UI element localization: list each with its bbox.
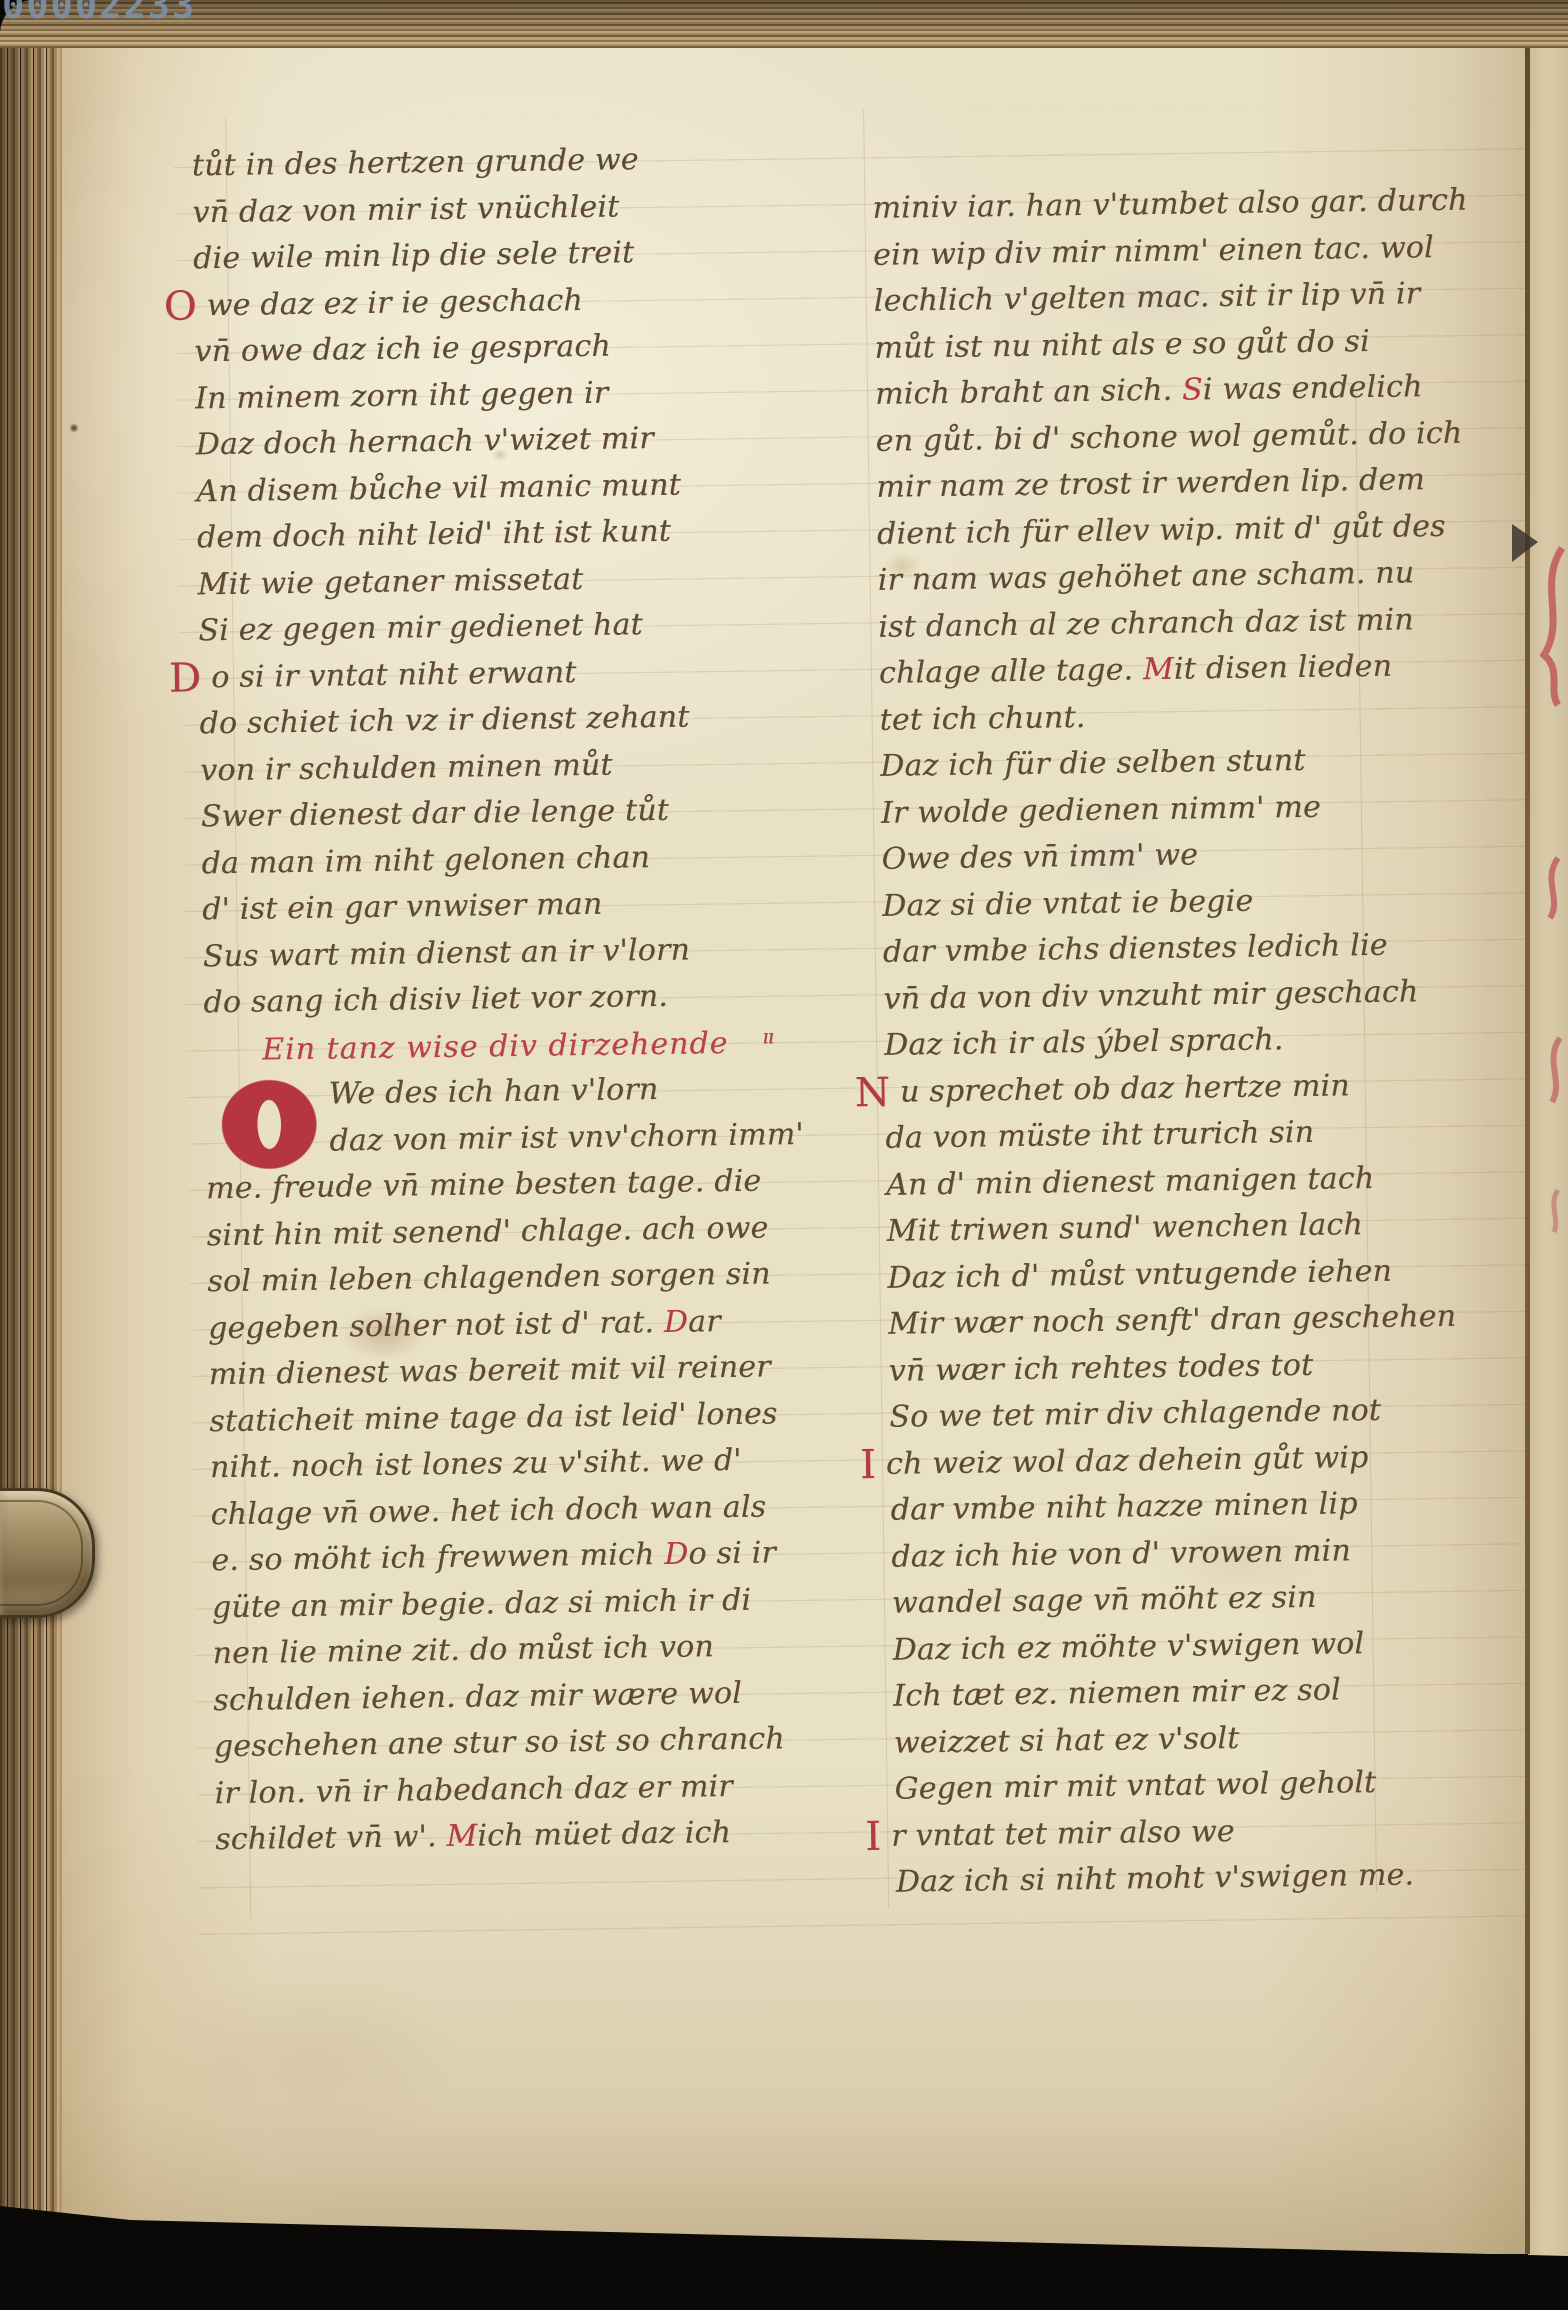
ink-text: Sus wart min dienst an ir v'lorn [203,932,691,974]
rubric-initial: N [855,1077,891,1107]
rubric-initial: O [164,291,197,321]
ink-text: die wile min lip die sele treit [193,235,635,276]
ink-text: me. freude vn̄ mine besten tage. die [206,1164,762,1207]
ink-text: chlage alle tage. [879,652,1144,691]
ink-text: schulden iehen. daz mir wære wol [213,1675,742,1717]
ink-text: Ir wolde gedienen nimm' me [881,789,1321,830]
ink-text: ein wip div mir nimm' einen tac. wol [873,230,1434,273]
ink-text: do schiet ich vz ir dienst zehant [199,700,689,742]
ink-text: sol min leben chlagenden sorgen sin [207,1256,771,1299]
rubric-initial: D [664,1537,689,1572]
page-edges-top [0,0,1568,48]
digitization-watermark: 00002233 [2,0,196,27]
ink-text: min dienest was bereit mit vil reiner [208,1349,771,1392]
ink-text: miniv iar. han v'tumbet also gar. durch [872,183,1468,226]
ink-text: mich braht an sich. [875,373,1182,412]
ink-text: vn̄ owe daz ich ie gesprach [194,329,611,370]
ink-text: daz ich hie von d' vrowen min [891,1533,1351,1574]
rubric-initial: S [1182,372,1203,407]
ink-text: von ir schulden minen můt [200,747,613,788]
ink-text: nen lie mine zit. do můst ich von [212,1629,714,1671]
rubric-initial: M [446,1819,477,1854]
ink-text: gegeben solher not ist d' rat. [208,1304,664,1345]
ink-text: vn̄ wær ich rehtes todes tot [888,1347,1313,1388]
ink-text: do sang ich disiv liet vor zorn. [203,979,668,1020]
red-flourish-showthrough [1528,0,1568,2310]
ink-text: dar vmbe ichs dienstes ledich lie [883,928,1388,970]
ink-text: vn̄ da von div vnzuht mir geschach [883,974,1418,1016]
ink-text: An disem bůche vil manic munt [196,467,681,509]
ink-text: it disen lieden [1174,649,1393,687]
rubric-paragraph-mark: ıı [762,1024,773,1048]
ink-text: tet ich chunt. [879,699,1085,737]
ink-text: r vntat tet mir also we [891,1814,1235,1854]
ink-text: ch weiz wol daz dehein gůt wip [886,1440,1369,1482]
ink-text: dar vmbe niht hazze minen lip [890,1486,1357,1528]
ink-text: Daz ich ez möhte v'swigen wol [892,1626,1364,1668]
ink-text: We des ich han v'lorn [329,1072,659,1112]
rubric-initial: D [169,663,202,693]
ink-text: In minem zorn iht gegen ir [195,375,609,416]
ink-text: schildet vn̄ w'. [215,1819,447,1857]
ink-text: můt ist nu niht als e so gůt do si [874,323,1370,365]
ink-text: ar [688,1304,721,1339]
ink-text: o si ir vntat niht erwant [211,655,577,695]
ink-text: dient ich für ellev wip. mit d' gůt des [877,508,1446,551]
rubric-initial: M [1143,652,1174,687]
ink-text: i was endelich [1203,369,1423,407]
ink-text: lechlich v'gelten mac. sit ir lip vn̄ ir [874,276,1421,319]
ink-text: u sprechet ob daz hertze min [900,1068,1350,1109]
ink-text: da man im niht gelonen chan [201,840,650,881]
ink-text: Daz doch hernach v'wizet mir [195,421,654,462]
text-column-left: tůt in des hertzen grunde wevn̄ daz von … [192,139,880,1869]
ink-text: Daz ich für die selben stunt [880,743,1306,784]
text-area: tůt in des hertzen grunde wevn̄ daz von … [192,130,1554,2028]
text-line: schildet vn̄ w'. Mich müet daz ich [215,1813,880,1869]
ink-text: Mit wie getaner missetat [197,561,583,601]
ink-text: Mit triwen sund' wenchen lach [887,1207,1364,1249]
ink-text: Mir wær noch senft' dran geschehen [888,1299,1457,1342]
ink-text: ir nam was gehöhet ane scham. nu [877,555,1414,597]
ink-text: vn̄ daz von mir ist vnüchleit [192,189,619,230]
ink-text: geschehen ane stur so ist so chranch [214,1721,785,1764]
ink-text: An d' min dienest manigen tach [886,1161,1375,1203]
ink-text: e. so möht ich frewwen mich [211,1537,664,1578]
ink-text: So we tet mir div chlagende not [889,1393,1381,1435]
ink-text: niht. noch ist lones zu v'siht. we d' [210,1443,742,1485]
ink-text: Swer dienest dar die lenge tůt [201,793,670,835]
ink-text: chlage vn̄ owe. het ich doch wan als [210,1489,766,1532]
ink-text: dem doch niht leid' iht ist kunt [197,514,671,556]
ink-text: wandel sage vn̄ möht ez sin [892,1580,1317,1621]
ink-text: ist danch al ze chranch daz ist min [878,602,1414,644]
ink-text: Ich tæt ez. niemen mir ez sol [893,1673,1341,1714]
ink-text: Daz ich d' můst vntugende iehen [887,1253,1392,1295]
rubric-initial: I [865,1821,881,1851]
ink-text: en gůt. bi d' schone wol gemůt. do ich [875,415,1462,458]
ink-text: sint hin mit senend' chlage. ach owe [207,1210,769,1253]
ink-text: Si ez gegen mir gedienet hat [198,607,643,648]
ink-text: ich müet daz ich [477,1815,731,1854]
ink-text: d' ist ein gar vnwiser man [202,887,603,928]
rubric-initial: D [664,1304,689,1339]
ink-text: da von müste iht trurich sin [885,1115,1314,1156]
ink-text: Gegen mir mit vntat wol geholt [894,1765,1376,1807]
text-column-right: miniv iar. han v'tumbet also gar. durche… [872,182,1552,1911]
rubric-initial: I [860,1449,876,1479]
ink-text: Daz ich si niht moht v'swigen me. [896,1858,1415,1900]
ink-text: mir nam ze trost ir werden lip. dem [876,462,1425,505]
ink-text: staticheit mine tage da ist leid' lones [209,1396,778,1439]
ink-text: Daz ich ir als ýbel sprach. [884,1022,1284,1063]
page-edges-left [0,0,62,2248]
ink-text: Owe des vn̄ imm' we [881,837,1198,876]
ink-text: tůt in des hertzen grunde we [192,142,639,183]
ink-text: daz von mir ist vnv'chorn imm' [329,1116,804,1158]
ink-text: Daz si die vntat ie begie [882,883,1254,923]
manuscript-photo: tůt in des hertzen grunde wevn̄ daz von … [0,0,1568,2310]
ink-text: o si ir [688,1535,776,1571]
text-line: Daz ich si niht moht v'swigen me. [896,1856,1553,1912]
ink-text: weizzet si hat ez v'solt [894,1720,1240,1760]
rubric-heading: Ein tanz wise div dirzehende [262,1026,729,1068]
ink-text: we daz ez ir ie geschach [207,282,584,322]
ink-text: ir lon. vn̄ ir habedanch daz er mir [214,1769,733,1811]
ink-text: güte an mir begie. daz si mich ir di [212,1582,752,1625]
